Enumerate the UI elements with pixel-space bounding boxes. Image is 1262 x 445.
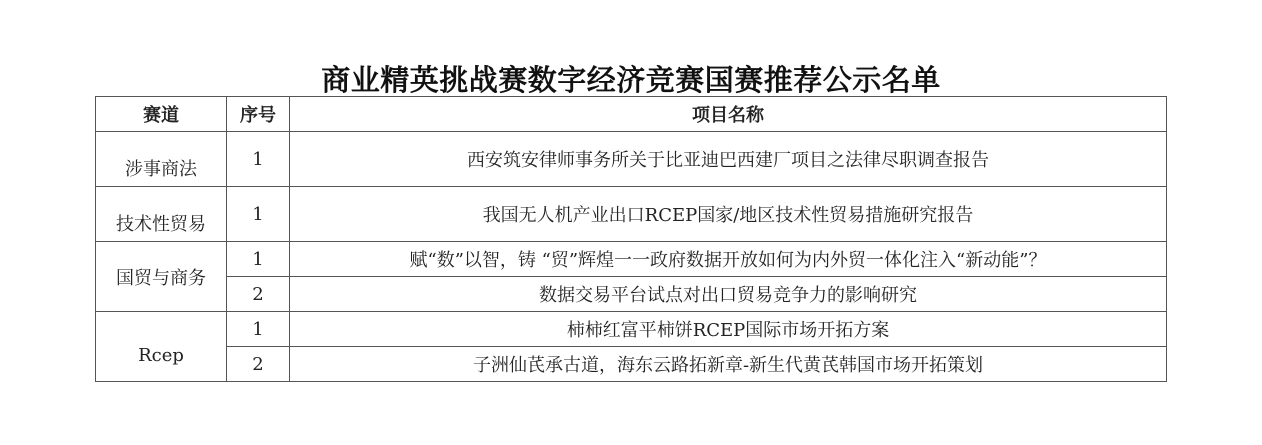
document-title: 商业精英挑战赛数字经济竞赛国赛推荐公示名单 [0, 58, 1262, 99]
number-cell: 2 [227, 277, 290, 312]
header-project-name: 项目名称 [290, 97, 1167, 132]
table-row: Rcep 1 柿柿红富平柿饼RCEP国际市场开拓方案 [96, 312, 1167, 347]
recommendation-table: 赛道 序号 项目名称 涉事商法 1 西安筑安律师事务所关于比亚迪巴西建厂项目之法… [95, 96, 1167, 382]
number-cell: 1 [227, 242, 290, 277]
table-row: 2 数据交易平台试点对出口贸易竞争力的影响研究 [96, 277, 1167, 312]
table-row: 技术性贸易 1 我国无人机产业出口RCEP国家/地区技术性贸易措施研究报告 [96, 187, 1167, 242]
project-name-cell: 子洲仙芪承古道，海东云路拓新章-新生代黄芪韩国市场开拓策划 [290, 347, 1167, 382]
track-cell: 国贸与商务 [96, 242, 227, 312]
project-name-cell: 我国无人机产业出口RCEP国家/地区技术性贸易措施研究报告 [290, 187, 1167, 242]
table-row: 2 子洲仙芪承古道，海东云路拓新章-新生代黄芪韩国市场开拓策划 [96, 347, 1167, 382]
project-name-cell: 柿柿红富平柿饼RCEP国际市场开拓方案 [290, 312, 1167, 347]
number-cell: 2 [227, 347, 290, 382]
track-cell: 技术性贸易 [96, 187, 227, 242]
number-cell: 1 [227, 312, 290, 347]
number-cell: 1 [227, 132, 290, 187]
track-cell: 涉事商法 [96, 132, 227, 187]
table-header-row: 赛道 序号 项目名称 [96, 97, 1167, 132]
number-cell: 1 [227, 187, 290, 242]
header-number: 序号 [227, 97, 290, 132]
table-row: 涉事商法 1 西安筑安律师事务所关于比亚迪巴西建厂项目之法律尽职调查报告 [96, 132, 1167, 187]
table-row: 国贸与商务 1 赋“数”以智，铸 “贸”辉煌一一政府数据开放如何为内外贸一体化注… [96, 242, 1167, 277]
project-name-cell: 数据交易平台试点对出口贸易竞争力的影响研究 [290, 277, 1167, 312]
project-name-cell: 西安筑安律师事务所关于比亚迪巴西建厂项目之法律尽职调查报告 [290, 132, 1167, 187]
header-track: 赛道 [96, 97, 227, 132]
track-cell: Rcep [96, 312, 227, 382]
project-name-cell: 赋“数”以智，铸 “贸”辉煌一一政府数据开放如何为内外贸一体化注入“新动能”？ [290, 242, 1167, 277]
